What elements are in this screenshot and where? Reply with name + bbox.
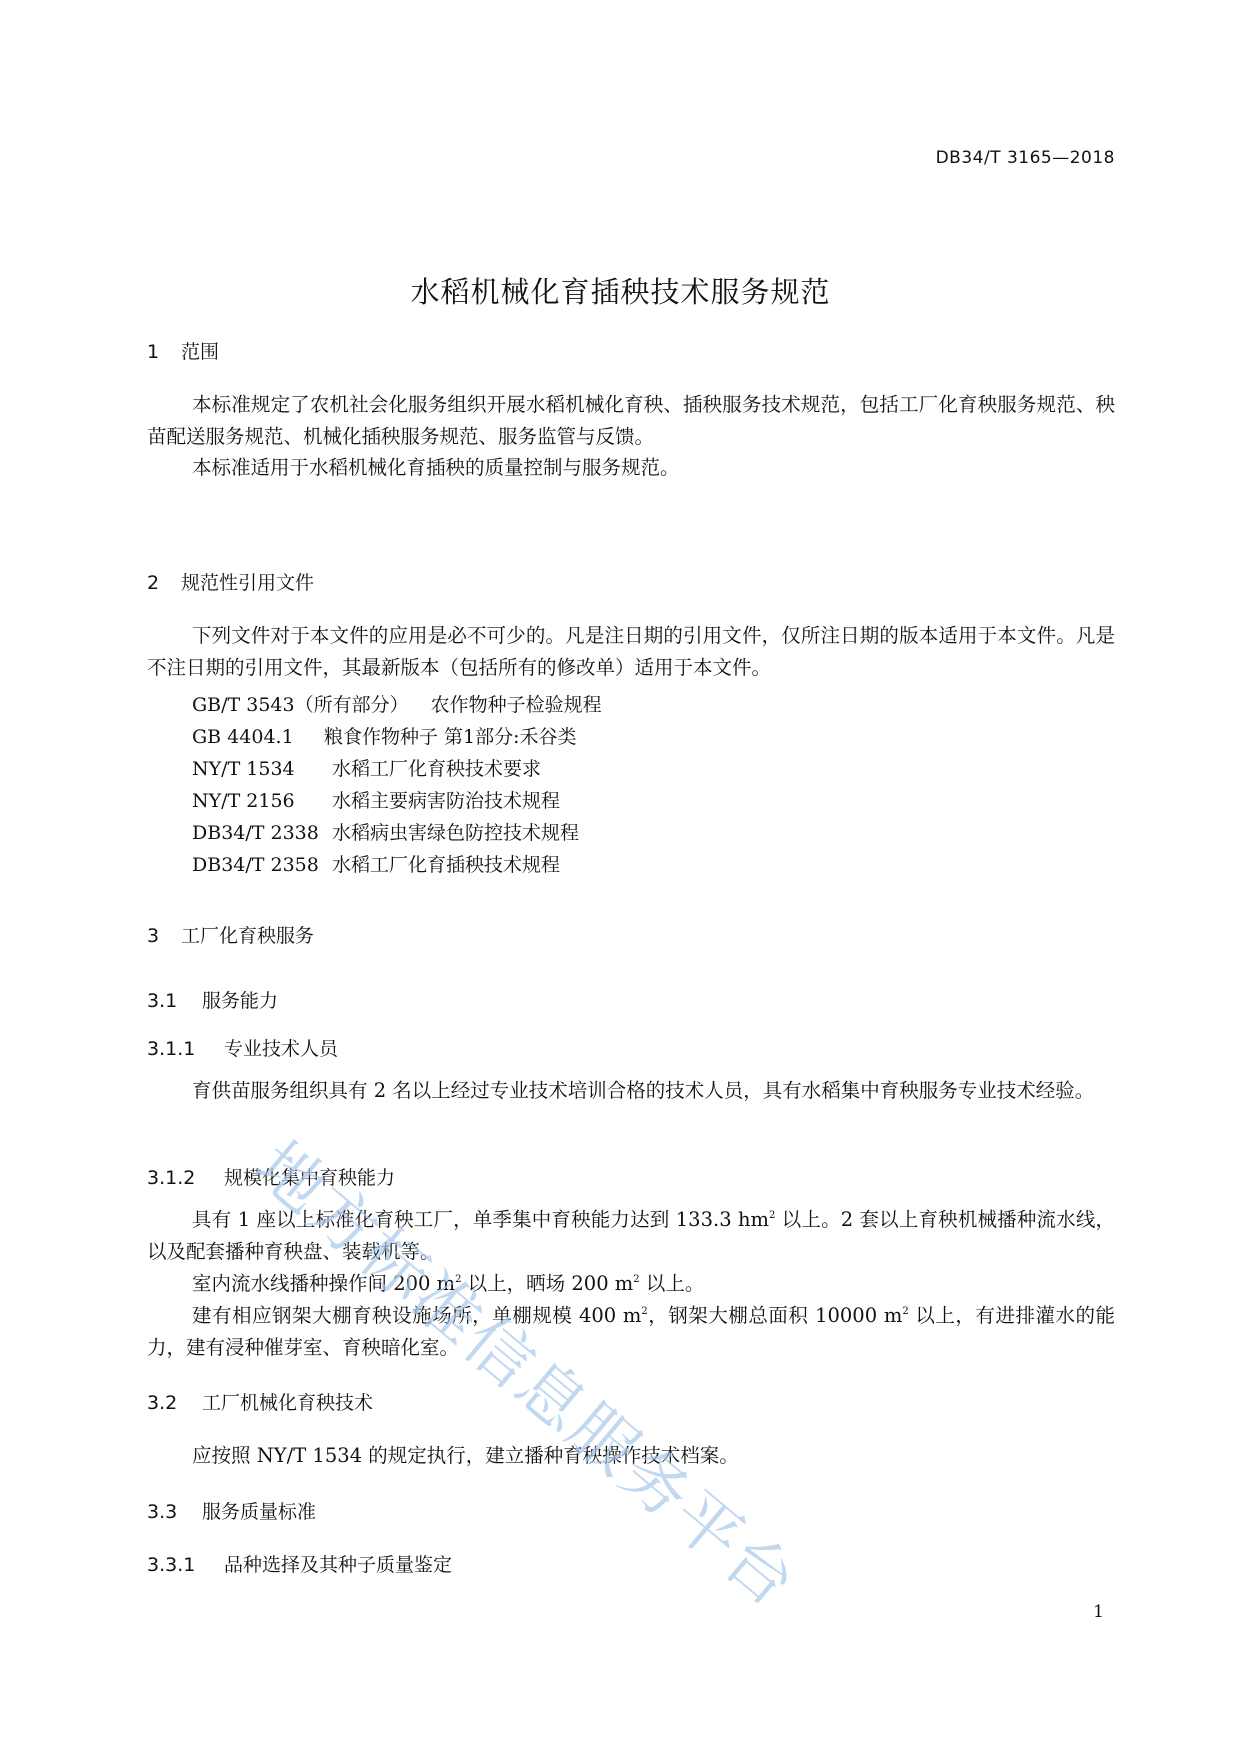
- section-title: 服务质量标准: [202, 1501, 316, 1523]
- reference-title: 粮食作物种子 第1部分:禾谷类: [324, 726, 577, 748]
- section-title: 工厂机械化育秧技术: [202, 1392, 373, 1414]
- section-title: 品种选择及其种子质量鉴定: [224, 1554, 452, 1576]
- reference-item: GB 4404.1粮食作物种子 第1部分:禾谷类: [192, 722, 577, 749]
- section-title: 规模化集中育秧能力: [224, 1167, 395, 1189]
- section-title: 范围: [181, 341, 219, 363]
- page-number: 1: [1093, 1602, 1104, 1622]
- reference-item: DB34/T 2338水稻病虫害绿色防控技术规程: [192, 818, 579, 845]
- reference-item: NY/T 1534水稻工厂化育秧技术要求: [192, 754, 541, 781]
- section-number: 2: [147, 572, 181, 594]
- section-number: 3: [147, 925, 181, 947]
- paragraph-capacity-factory: 具有 1 座以上标准化育秧工厂，单季集中育秧能力达到 133.3 hm2 以上。…: [147, 1204, 1115, 1268]
- section-title: 服务能力: [202, 990, 278, 1012]
- section-title: 工厂化育秧服务: [181, 925, 314, 947]
- section-number: 3.3.1: [147, 1554, 224, 1576]
- section-title: 专业技术人员: [224, 1038, 338, 1060]
- reference-item: GB/T 3543（所有部分）农作物种子检验规程: [192, 690, 602, 717]
- section-heading-3-1-2: 3.1.2规模化集中育秧能力: [147, 1163, 395, 1190]
- section-number: 3.2: [147, 1392, 202, 1414]
- section-number: 3.3: [147, 1501, 202, 1523]
- section-number: 3.1.2: [147, 1167, 224, 1189]
- section-heading-3-3: 3.3服务质量标准: [147, 1497, 316, 1524]
- reference-title: 农作物种子检验规程: [431, 694, 602, 716]
- section-number: 1: [147, 341, 181, 363]
- section-number: 3.1.1: [147, 1038, 224, 1060]
- document-title: 水稻机械化育插秧技术服务规范: [0, 270, 1241, 311]
- section-heading-3-1-1: 3.1.1专业技术人员: [147, 1034, 338, 1061]
- section-number: 3.1: [147, 990, 202, 1012]
- section-heading-2: 2规范性引用文件: [147, 568, 314, 595]
- standard-number: DB34/T 3165—2018: [936, 148, 1115, 168]
- reference-code: DB34/T 2358: [192, 854, 332, 876]
- reference-title: 水稻主要病害防治技术规程: [332, 790, 560, 812]
- reference-item: NY/T 2156水稻主要病害防治技术规程: [192, 786, 560, 813]
- section-title: 规范性引用文件: [181, 572, 314, 594]
- paragraph-scope-1: 本标准规定了农机社会化服务组织开展水稻机械化育秧、插秧服务技术规范，包括工厂化育…: [147, 389, 1115, 453]
- document-page: DB34/T 3165—2018 水稻机械化育插秧技术服务规范 1范围 本标准规…: [0, 0, 1241, 1755]
- reference-code: GB/T 3543（所有部分）: [192, 690, 409, 717]
- section-heading-1: 1范围: [147, 337, 219, 364]
- reference-code: DB34/T 2338: [192, 822, 332, 844]
- reference-title: 水稻病虫害绿色防控技术规程: [332, 822, 579, 844]
- paragraph-capacity-greenhouse: 建有相应钢架大棚育秧设施场所，单棚规模 400 m2，钢架大棚总面积 10000…: [147, 1300, 1115, 1364]
- section-heading-3-1: 3.1服务能力: [147, 986, 278, 1013]
- paragraph-technical-staff: 育供苗服务组织具有 2 名以上经过专业技术培训合格的技术人员，具有水稻集中育秧服…: [147, 1075, 1115, 1107]
- paragraph-capacity-indoor: 室内流水线播种操作间 200 m2 以上，晒场 200 m2 以上。: [147, 1268, 1115, 1300]
- reference-code: NY/T 1534: [192, 758, 332, 780]
- reference-code: GB 4404.1: [192, 726, 324, 748]
- reference-title: 水稻工厂化育插秧技术规程: [332, 854, 560, 876]
- reference-code: NY/T 2156: [192, 790, 332, 812]
- paragraph-references-intro: 下列文件对于本文件的应用是必不可少的。凡是注日期的引用文件，仅所注日期的版本适用…: [147, 620, 1115, 684]
- section-heading-3-3-1: 3.3.1品种选择及其种子质量鉴定: [147, 1550, 452, 1577]
- reference-item: DB34/T 2358水稻工厂化育插秧技术规程: [192, 850, 560, 877]
- section-heading-3-2: 3.2工厂机械化育秧技术: [147, 1388, 373, 1415]
- paragraph-scope-2: 本标准适用于水稻机械化育插秧的质量控制与服务规范。: [147, 452, 1115, 484]
- reference-title: 水稻工厂化育秧技术要求: [332, 758, 541, 780]
- section-heading-3: 3工厂化育秧服务: [147, 921, 314, 948]
- paragraph-factory-technique: 应按照 NY/T 1534 的规定执行，建立播种育秧操作技术档案。: [147, 1440, 1115, 1472]
